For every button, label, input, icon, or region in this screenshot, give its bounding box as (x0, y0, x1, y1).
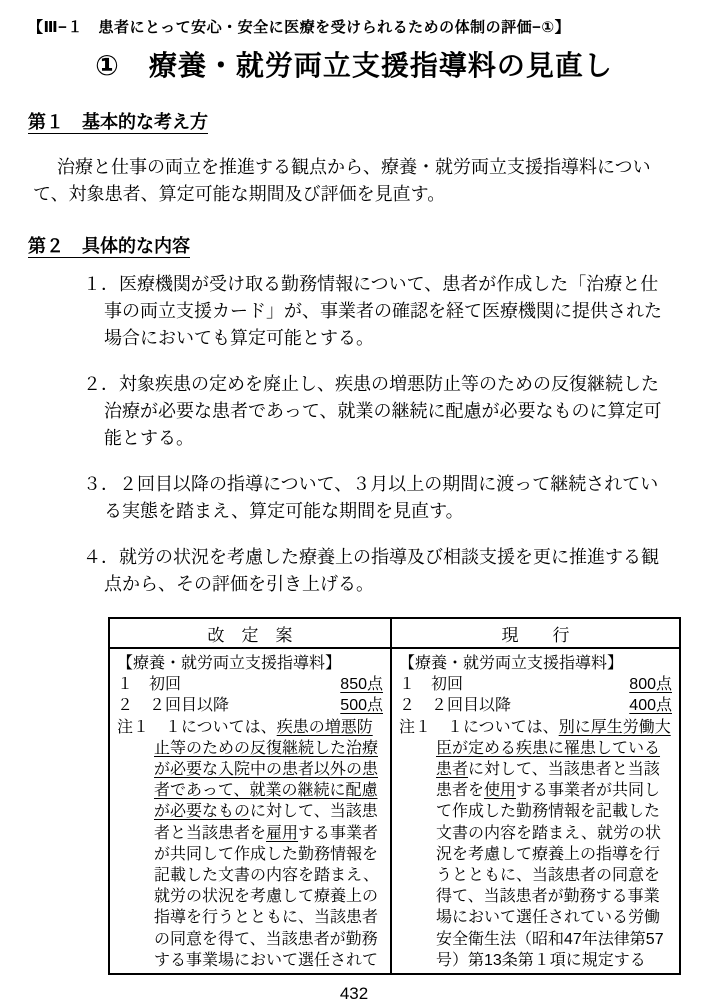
list-item: ２．対象疾患の定めを廃止し、疾患の増悪防止等のための反復継続した治療が必要な患者… (104, 371, 672, 452)
plain-text: 注１ １については、 (117, 719, 277, 736)
fee-row-initial-revised: １ 初回 850点 (117, 674, 383, 695)
section2-items: １．医療機関が受け取る勤務情報について、患者が作成した「治療と仕事の両立支援カー… (0, 271, 708, 598)
section1-body: 治療と仕事の両立を推進する観点から、療養・就労両立支援指導料について、対象患者、… (33, 154, 670, 208)
note-current: 注１ １については、別に厚生労働大臣が定める疾患に罹患している患者に対して、当該… (399, 717, 672, 971)
document-page: { "page": { "header": "【Ⅲ−１ 患者にとって安心・安全に… (0, 0, 708, 1002)
table-cell-revised: 【療養・就労両立支援指導料】 １ 初回 850点 ２ ２回目以降 500点 注１… (109, 648, 391, 974)
section1-heading: 第１ 基本的な考え方 (28, 108, 208, 134)
fee-row-initial-current: １ 初回 800点 (399, 674, 672, 695)
plain-text: する事業者が共同して作成した勤務情報を記載した文書の内容を踏まえ、就労の状況を考… (436, 782, 664, 969)
table-header-row: 改 定 案 現 行 (109, 618, 680, 648)
fee-section-title-revised: 【療養・就労両立支援指導料】 (117, 653, 383, 674)
section2-heading: 第２ 具体的な内容 (28, 232, 190, 258)
plain-text: する事業者が共同して作成した勤務情報を記載した文書の内容を踏まえ、就労の状況を考… (154, 825, 379, 969)
page-number: 432 (0, 984, 708, 1002)
table-cell-current: 【療養・就労両立支援指導料】 １ 初回 800点 ２ ２回目以降 400点 注１… (391, 648, 680, 974)
fee-row-subsequent-revised: ２ ２回目以降 500点 (117, 695, 383, 716)
fee-label: ２ ２回目以降 (399, 695, 511, 716)
fee-value: 500点 (340, 695, 383, 716)
underlined-text: 雇用 (266, 825, 298, 842)
fee-value: 400点 (629, 695, 672, 716)
table-header-revised: 改 定 案 (109, 618, 391, 648)
underlined-text: 使用 (484, 782, 516, 799)
plain-text: 注１ １については、 (399, 719, 559, 736)
list-item: ３．２回目以降の指導について、３月以上の期間に渡って継続されている実態を踏まえ、… (104, 471, 672, 525)
note-revised: 注１ １については、疾患の増悪防止等のための反復継続した治療が必要な入院中の患者… (117, 717, 383, 971)
fee-section-title-current: 【療養・就労両立支援指導料】 (399, 653, 672, 674)
fee-label: １ 初回 (399, 674, 463, 695)
fee-value: 800点 (629, 674, 672, 695)
fee-label: ２ ２回目以降 (117, 695, 229, 716)
table-header-current: 現 行 (391, 618, 680, 648)
table-body-row: 【療養・就労両立支援指導料】 １ 初回 850点 ２ ２回目以降 500点 注１… (109, 648, 680, 974)
document-header: 【Ⅲ−１ 患者にとって安心・安全に医療を受けられるための体制の評価−①】 (28, 16, 678, 37)
list-item: １．医療機関が受け取る勤務情報について、患者が作成した「治療と仕事の両立支援カー… (104, 271, 672, 352)
list-item: ４．就労の状況を考慮した療養上の指導及び相談支援を更に推進する観点から、その評価… (104, 544, 672, 598)
fee-value: 850点 (340, 674, 383, 695)
fee-label: １ 初回 (117, 674, 181, 695)
comparison-table: 改 定 案 現 行 【療養・就労両立支援指導料】 １ 初回 850点 ２ ２回目… (108, 617, 681, 975)
fee-row-subsequent-current: ２ ２回目以降 400点 (399, 695, 672, 716)
page-title: ① 療養・就労両立支援指導料の見直し (0, 44, 708, 84)
